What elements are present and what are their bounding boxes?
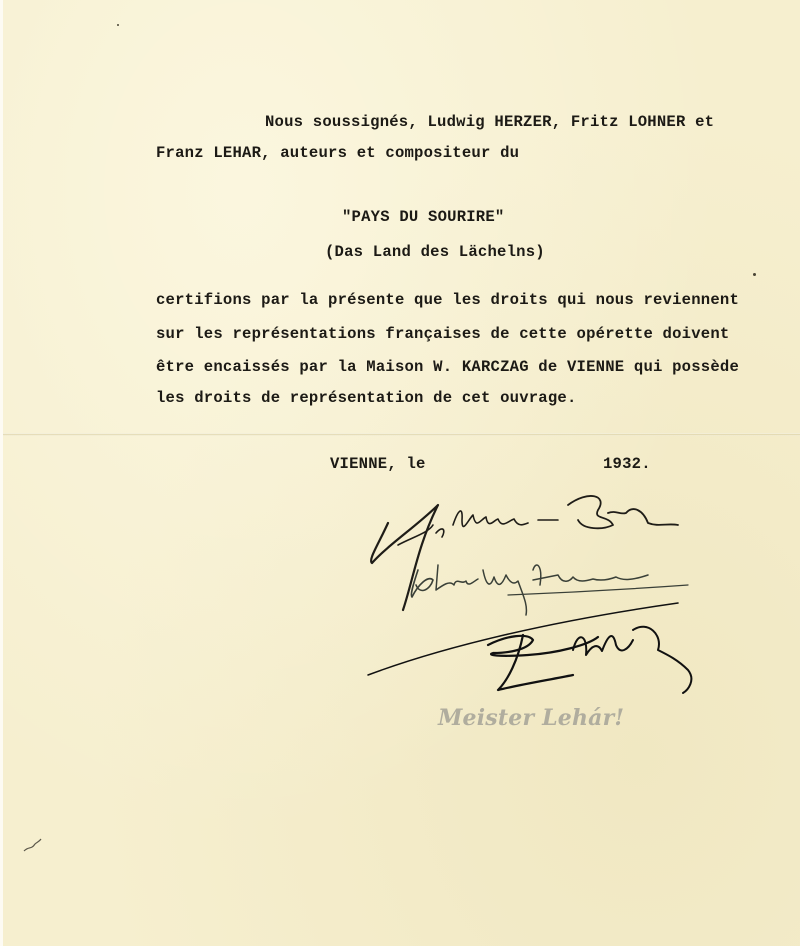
paper-speck xyxy=(117,24,119,26)
body-line-2: sur les représentations françaises de ce… xyxy=(156,325,729,343)
signature-lohner-beda xyxy=(371,496,678,610)
signatures-block: Meister Lehár! xyxy=(358,485,778,745)
paper-speck xyxy=(753,273,756,276)
intro-line-2: Franz LEHAR, auteurs et compositeur du xyxy=(156,144,519,162)
pencil-note: Meister Lehár! xyxy=(437,705,624,731)
place-date: VIENNE, le xyxy=(330,455,426,473)
year: 1932. xyxy=(603,455,651,473)
letter-page: Nous soussignés, Ludwig HERZER, Fritz LO… xyxy=(0,0,800,946)
body-line-3: être encaissés par la Maison W. KARCZAG … xyxy=(156,358,739,376)
work-title: "PAYS DU SOURIRE" xyxy=(342,208,504,226)
body-line-1: certifions par la présente que les droit… xyxy=(156,291,739,309)
body-line-4: les droits de représentation de cet ouvr… xyxy=(156,389,577,407)
intro-line-1: Nous soussignés, Ludwig HERZER, Fritz LO… xyxy=(265,113,714,131)
work-subtitle: (Das Land des Lächelns) xyxy=(325,243,545,261)
paper-fold-crease xyxy=(3,433,800,436)
signature-lehar xyxy=(368,603,691,693)
pencil-mark xyxy=(21,836,45,856)
